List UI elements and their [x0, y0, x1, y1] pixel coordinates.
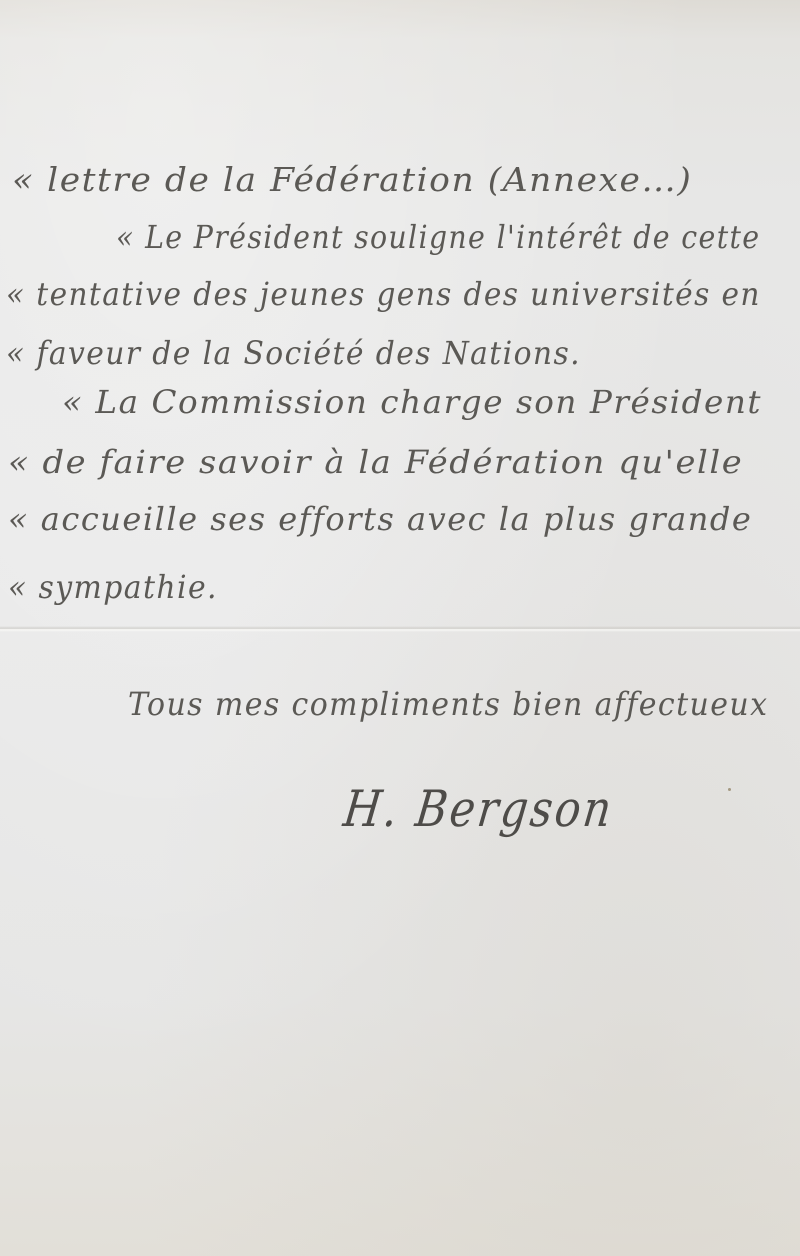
letter-line-5: « La Commission charge son Président: [62, 383, 762, 421]
letter-line-3: « tentative des jeunes gens des universi…: [6, 275, 761, 313]
paper-fold-crease: [0, 626, 800, 632]
letter-page: « lettre de la Fédération (Annexe…) « Le…: [0, 0, 800, 1256]
letter-line-1: « lettre de la Fédération (Annexe…): [12, 160, 692, 199]
letter-line-7: « accueille ses efforts avec la plus gra…: [8, 500, 752, 538]
signature: H. Bergson: [341, 780, 617, 838]
letter-line-4: « faveur de la Société des Nations.: [6, 334, 581, 372]
closing-salutation: Tous mes compliments bien affectueux: [128, 685, 768, 723]
paper-speck: [728, 788, 731, 791]
letter-line-2: « Le Président souligne l'intérêt de cet…: [116, 218, 760, 256]
letter-line-6: « de faire savoir à la Fédération qu'ell…: [8, 443, 743, 481]
letter-line-8: « sympathie.: [8, 568, 218, 606]
